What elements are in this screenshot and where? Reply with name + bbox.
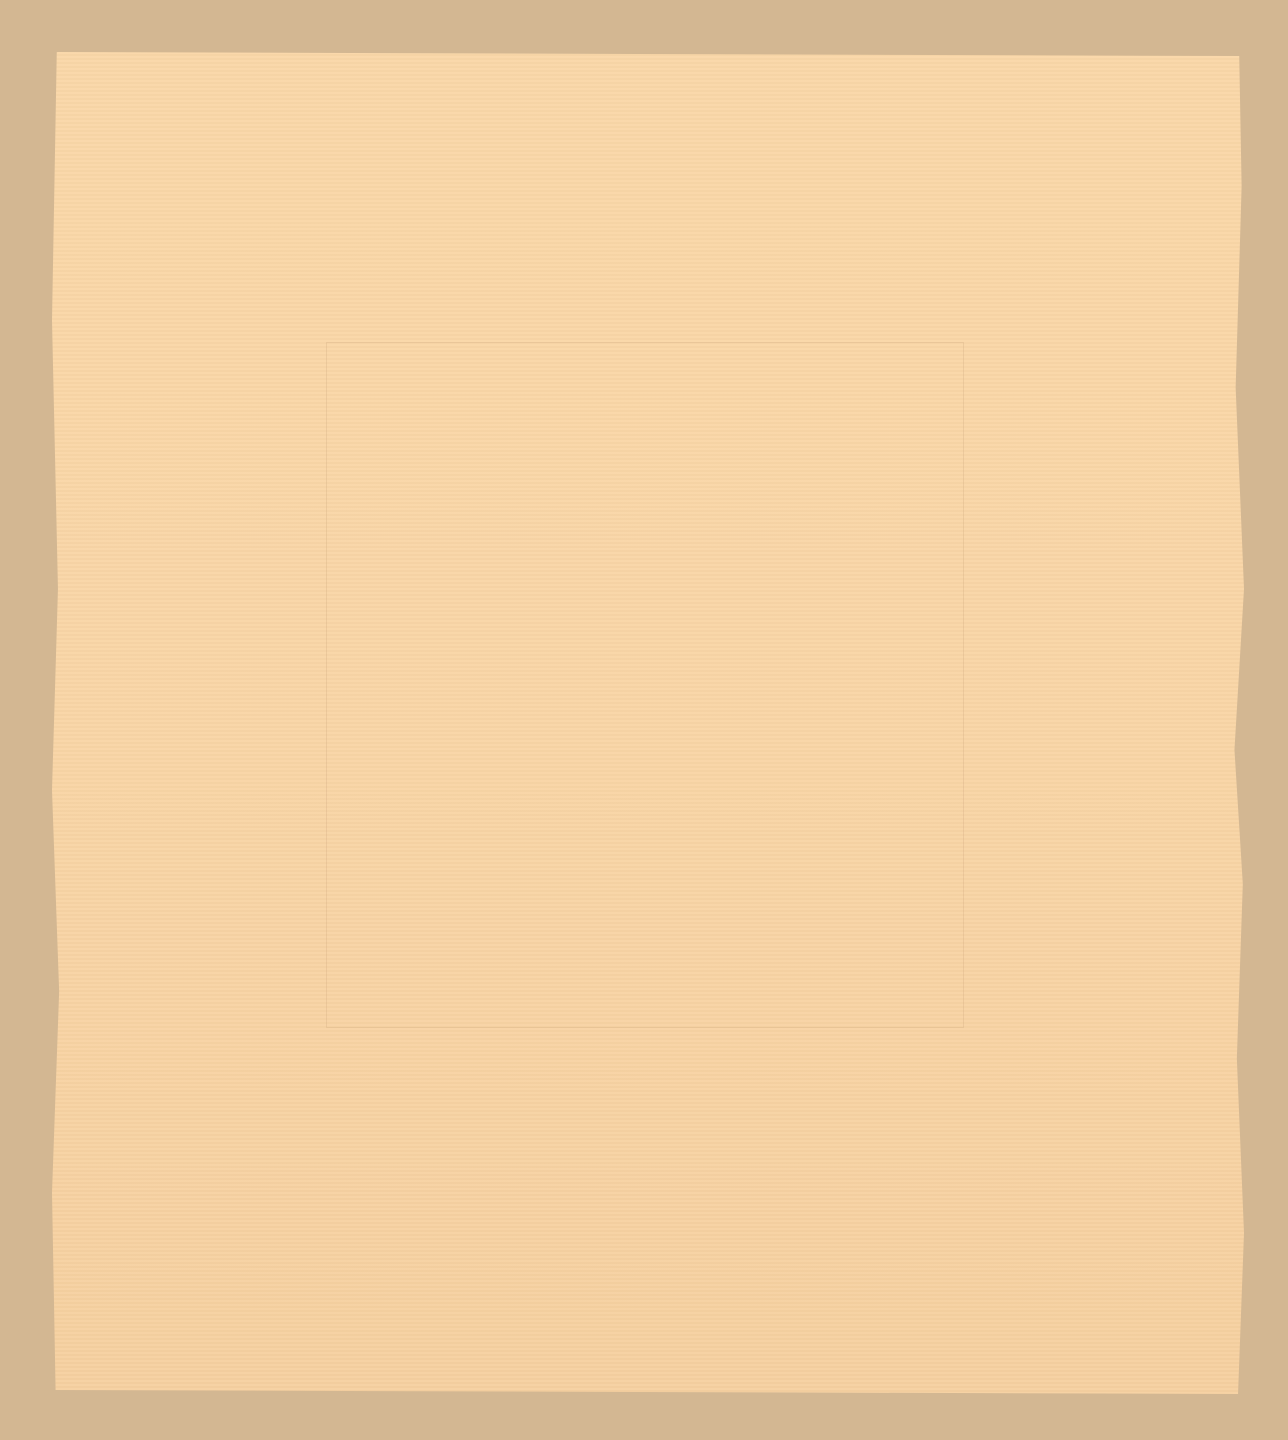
plate-mark (326, 342, 964, 1028)
